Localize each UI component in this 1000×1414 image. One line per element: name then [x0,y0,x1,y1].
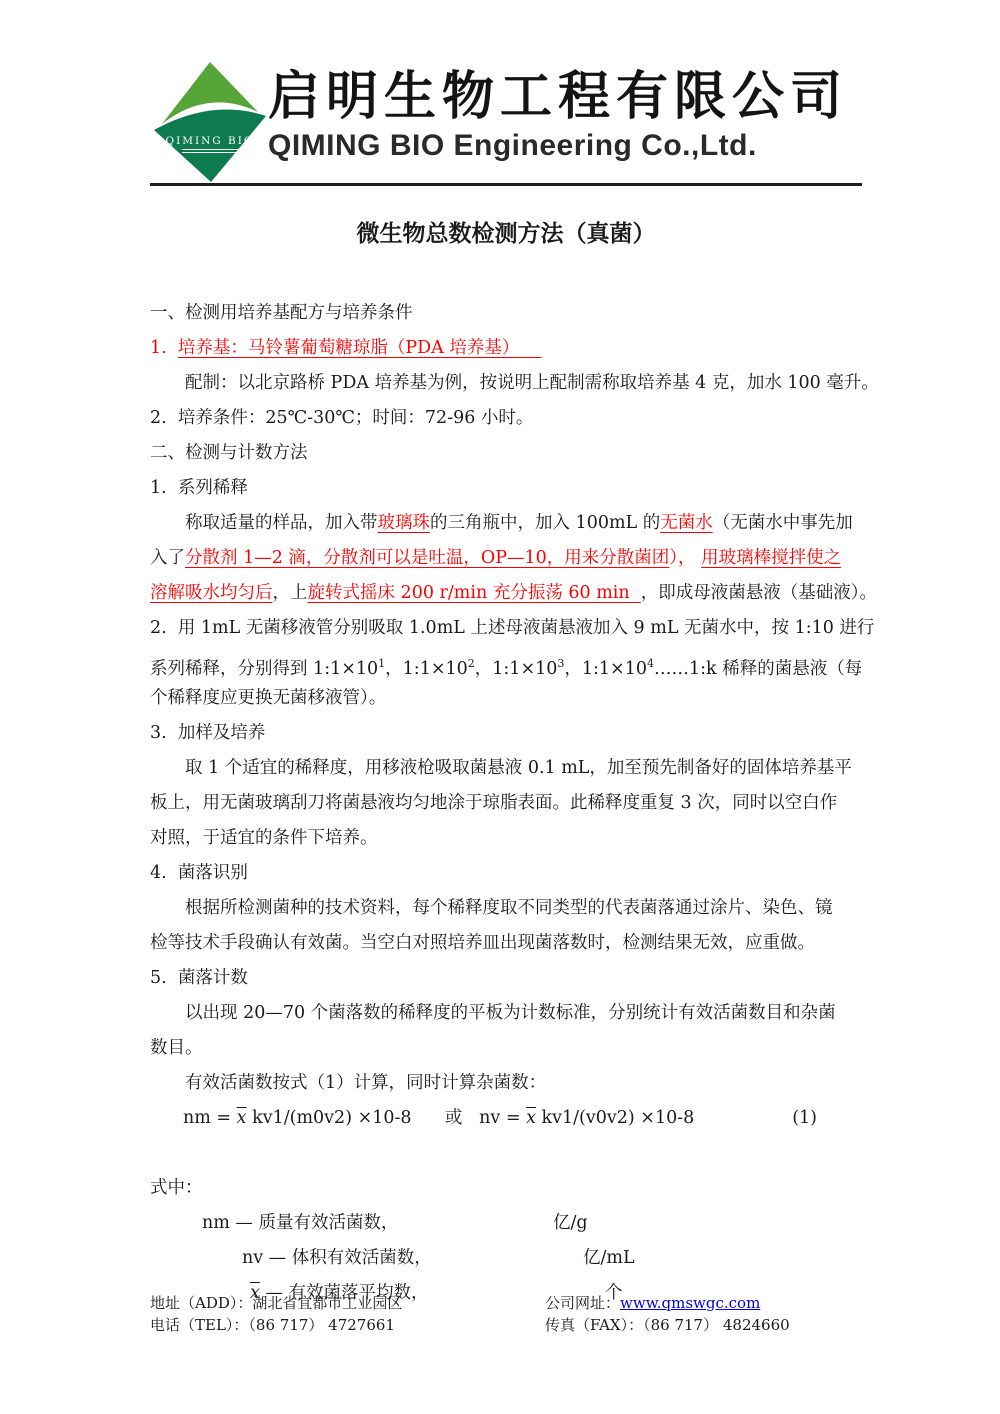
unit-label: 亿/g [553,1206,588,1241]
text-segment: ）， [669,548,701,568]
text-segment: 二、检测与计数方法 [150,443,308,463]
text-segment: 配制：以北京路桥 PDA 培养基为例，按说明上配制需称取培养基 4 克，加水 1… [185,373,879,393]
text-segment: 一、检测用培养基配方与培养条件 [150,303,413,323]
text-segment: x [237,1108,247,1128]
unit-label: 亿/mL [583,1241,635,1276]
text-segment: 培养基：马铃薯葡萄糖琼脂（PDA 培养基） [178,338,542,358]
text-segment: nv — 体积有效活菌数， [242,1248,432,1268]
text-segment: 旋转式摇床 200 r/min 充分振荡 60 min [308,583,641,603]
text-segment: 的三角瓶中，加入 100mL 的 [430,513,660,533]
text-segment: 取 1 个适宜的稀释度，用移液枪吸取菌悬液 0.1 mL，加至预先制备好的固体培… [185,758,852,778]
text-segment: 根据所检测菌种的技术资料，每个稀释度取不同类型的代表菌落通过涂片、染色、镜 [185,898,833,918]
text-segment: 2. 用 1mL 无菌移液管分别吸取 1.0mL 上述母液菌悬液加入 9 mL … [150,618,874,638]
text-segment: ，1:1×10 [385,659,468,679]
address-label: 地址（ADD）：湖北省宜都市工业园区 [150,1292,402,1314]
text-line: 检等技术手段确认有效菌。当空白对照培养皿出现菌落数时，检测结果无效，应重做。 [150,926,862,961]
text-line: 对照，于适宜的条件下培养。 [150,821,862,856]
text-segment: 5. 菌落计数 [150,968,248,988]
text-line: 入了分散剂 1—2 滴，分散剂可以是吐温，OP—10，用来分散菌团）， 用玻璃棒… [150,541,862,576]
text-line: 配制：以北京路桥 PDA 培养基为例，按说明上配制需称取培养基 4 克，加水 1… [150,366,862,401]
text-line: 二、检测与计数方法 [150,436,862,471]
text-line [150,1136,862,1171]
text-segment: 对照，于适宜的条件下培养。 [150,828,378,848]
text-segment: ……1:k 稀释的菌悬液（每 [654,659,862,679]
text-line: 5. 菌落计数 [150,961,862,996]
text-line: 以出现 20—70 个菌落数的稀释度的平板为计数标准，分别统计有效活菌数目和杂菌 [150,996,862,1031]
text-segment: kv1/(v0v2) ×10-8 [536,1108,694,1128]
text-segment: 数目。 [150,1038,203,1058]
text-line: nm — 质量有效活菌数，亿/g [150,1206,862,1241]
text-segment: 以出现 20—70 个菌落数的稀释度的平板为计数标准，分别统计有效活菌数目和杂菌 [185,1003,836,1023]
text-segment: 系列稀释，分别得到 1:1×10 [150,659,378,679]
header-divider [150,183,862,186]
text-segment: 入了 [150,548,185,568]
text-segment: 1. [150,338,178,358]
text-line: 取 1 个适宜的稀释度，用移液枪吸取菌悬液 0.1 mL，加至预先制备好的固体培… [150,751,862,786]
text-line: 4. 菌落识别 [150,856,862,891]
text-segment: 检等技术手段确认有效菌。当空白对照培养皿出现菌落数时，检测结果无效，应重做。 [150,933,815,953]
text-segment: ，即成母液菌悬液（基础液）。 [641,583,877,603]
text-line: 有效活菌数按式（1）计算，同时计算杂菌数： [150,1066,862,1101]
text-segment: ，1:1×10 [475,659,558,679]
text-segment: ，上 [273,583,308,603]
text-line: 2. 用 1mL 无菌移液管分别吸取 1.0mL 上述母液菌悬液加入 9 mL … [150,611,862,646]
text-segment: 3. 加样及培养 [150,723,265,743]
text-segment: nm = [183,1108,237,1128]
text-line: 个稀释度应更换无菌移液管）。 [150,681,862,716]
tel-label: 电话（TEL）：（86 717） 4727661 [150,1314,395,1336]
page-title: 微生物总数检测方法（真菌） [150,219,862,249]
text-line: 系列稀释，分别得到 1:1×101，1:1×102，1:1×103，1:1×10… [150,646,862,681]
logo-text: QIMING BIO [165,135,254,147]
text-segment: 4. 菌落识别 [150,863,248,883]
text-line: nm = x kv1/(m0v2) ×10-8 或 nv = x kv1/(v0… [150,1101,862,1136]
text-segment: 2 [468,657,475,670]
text-line: 板上，用无菌玻璃刮刀将菌悬液均匀地涂于琼脂表面。此稀释度重复 3 次，同时以空白… [150,786,862,821]
text-line: 3. 加样及培养 [150,716,862,751]
logo-underline-2 [182,152,238,153]
company-name-cn: 启明生物工程有限公司 [268,66,860,128]
body-text: 一、检测用培养基配方与培养条件1. 培养基：马铃薯葡萄糖琼脂（PDA 培养基） … [150,296,862,1311]
website-label: 公司网址： [545,1294,620,1312]
text-segment: 溶解吸水均匀后 [150,583,273,603]
page-footer: 地址（ADD）：湖北省宜都市工业园区 公司网址：www.qmswgc.com 电… [150,1292,862,1336]
text-line: 溶解吸水均匀后，上旋转式摇床 200 r/min 充分振荡 60 min ，即成… [150,576,862,611]
text-segment: 分散剂 1—2 滴，分散剂可以是吐温，OP—10，用来分散菌团 [185,548,669,568]
text-segment: 用玻璃棒搅拌使之 [701,548,841,568]
text-segment: 板上，用无菌玻璃刮刀将菌悬液均匀地涂于琼脂表面。此稀释度重复 3 次，同时以空白… [150,793,837,813]
text-line: 2. 培养条件：25℃-30℃；时间：72-96 小时。 [150,401,862,436]
company-name-block: 启明生物工程有限公司 QIMING BIO Engineering Co.,Lt… [268,66,860,164]
text-segment: 2. 培养条件：25℃-30℃；时间：72-96 小时。 [150,408,533,428]
text-line: 称取适量的样品，加入带玻璃珠的三角瓶中，加入 100mL 的无菌水（无菌水中事先… [150,506,862,541]
text-segment: 玻璃珠 [378,513,431,533]
text-segment: （无菌水中事先加 [713,513,853,533]
text-segment: 4 [647,657,654,670]
text-line: nv — 体积有效活菌数，亿/mL [150,1241,862,1276]
document-page: QIMING BIO 启明生物工程有限公司 QIMING BIO Enginee… [0,0,1000,1414]
logo-underline-1 [182,149,238,150]
text-segment: 1. 系列稀释 [150,478,248,498]
text-line: 1. 培养基：马铃薯葡萄糖琼脂（PDA 培养基） [150,331,862,366]
text-line: 一、检测用培养基配方与培养条件 [150,296,862,331]
text-segment: 无菌水 [660,513,713,533]
text-segment: 称取适量的样品，加入带 [185,513,378,533]
text-segment: 有效活菌数按式（1）计算，同时计算杂菌数： [185,1073,546,1093]
text-line: 式中： [150,1171,862,1206]
text-segment: kv1/(m0v2) ×10-8 或 nv = [247,1108,527,1128]
text-line: 根据所检测菌种的技术资料，每个稀释度取不同类型的代表菌落通过涂片、染色、镜 [150,891,862,926]
footer-row-1: 地址（ADD）：湖北省宜都市工业园区 公司网址：www.qmswgc.com [150,1292,862,1314]
text-line: 数目。 [150,1031,862,1066]
text-segment: x [526,1108,536,1128]
company-logo: QIMING BIO [152,60,268,184]
text-segment: 式中： [150,1178,203,1198]
website-link[interactable]: www.qmswgc.com [620,1294,760,1312]
logo-diamond-icon: QIMING BIO [152,60,268,184]
fax-label: 传真（FAX）：（86 717） 4824660 [545,1314,790,1336]
text-segment: nm — 质量有效活菌数， [202,1213,399,1233]
footer-row-2: 电话（TEL）：（86 717） 4727661 传真（FAX）：（86 717… [150,1314,862,1336]
text-segment: ，1:1×10 [564,659,647,679]
website-line: 公司网址：www.qmswgc.com [545,1292,760,1314]
text-line: 1. 系列稀释 [150,471,862,506]
equation-number: (1) [792,1101,817,1136]
company-name-en: QIMING BIO Engineering Co.,Ltd. [268,128,860,164]
text-segment: 个稀释度应更换无菌移液管）。 [150,688,386,708]
